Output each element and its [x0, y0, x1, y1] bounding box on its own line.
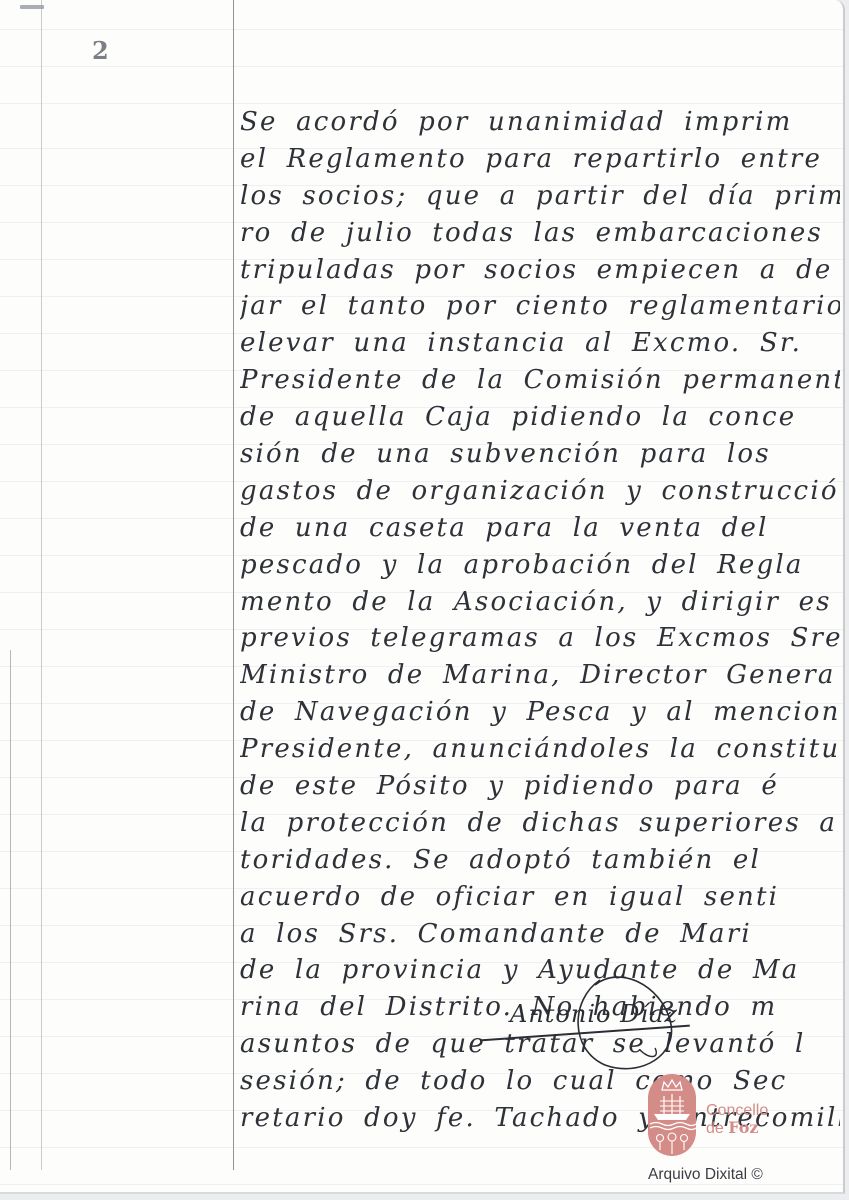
text-line: de Navegación y Pesca y al mencion: [240, 694, 840, 731]
text-line: los socios; que a partir del día prim: [240, 178, 840, 215]
text-line: toridades. Se adoptó también el: [240, 842, 840, 879]
archive-label: Arquivo Dixital ©: [648, 1166, 763, 1184]
text-line: jar el tanto por ciento reglamentario: [240, 288, 840, 325]
text-line: de la provincia y Ayudante de Ma: [240, 952, 840, 989]
text-line: pescado y la aprobación del Regla: [240, 547, 840, 584]
signature: Antonio Díaz: [510, 1000, 678, 1028]
text-line: Ministro de Marina, Director Genera: [240, 657, 840, 694]
ship-crown-shield-icon: [644, 1070, 700, 1158]
text-line: a los Srs. Comandante de Mari: [240, 916, 840, 953]
text-line: Presidente de la Comisión permanente: [240, 362, 840, 399]
brand-line-1: Concello: [706, 1102, 768, 1119]
text-line: Se acordó por unanimidad imprim: [240, 104, 840, 141]
binding-edge-line: [10, 650, 11, 1170]
handwritten-minutes-text: Se acordó por unanimidad imprimel Reglam…: [240, 104, 840, 1137]
text-line: la protección de dichas superiores a: [240, 805, 840, 842]
text-line: gastos de organización y construcción: [240, 473, 840, 510]
text-line: de aquella Caja pidiendo la conce: [240, 399, 840, 436]
text-line: tripuladas por socios empiecen a de: [240, 252, 840, 289]
text-line: de una caseta para la venta del: [240, 510, 840, 547]
brand-line-2-bold: Foz: [728, 1118, 758, 1137]
brand-line-2-prefix: de: [706, 1120, 724, 1137]
text-line: acuerdo de oficiar en igual senti: [240, 879, 840, 916]
text-line: Presidente, anunciándoles la constituc: [240, 731, 840, 768]
text-line: mento de la Asociación, y dirigir es: [240, 584, 840, 621]
outer-margin-line: [41, 0, 42, 1170]
text-line: el Reglamento para repartirlo entre: [240, 141, 840, 178]
page-number: 2: [92, 36, 109, 65]
text-line: elevar una instancia al Excmo. Sr.: [240, 325, 840, 362]
document-page: 2 Se acordó por unanimidad imprimel Regl…: [0, 0, 845, 1194]
inner-margin-line: [233, 0, 234, 1170]
text-line: asuntos de que tratar se levantó l: [240, 1026, 840, 1063]
brand-name: Concello de Foz: [706, 1102, 768, 1137]
text-line: previos telegramas a los Excmos Sres.: [240, 620, 840, 657]
text-line: de este Pósito y pidiendo para é: [240, 768, 840, 805]
text-line: ro de julio todas las embarcaciones: [240, 215, 840, 252]
text-line: sión de una subvención para los: [240, 436, 840, 473]
concello-de-foz-watermark: Concello de Foz Arquivo Dixital ©: [640, 1070, 820, 1190]
